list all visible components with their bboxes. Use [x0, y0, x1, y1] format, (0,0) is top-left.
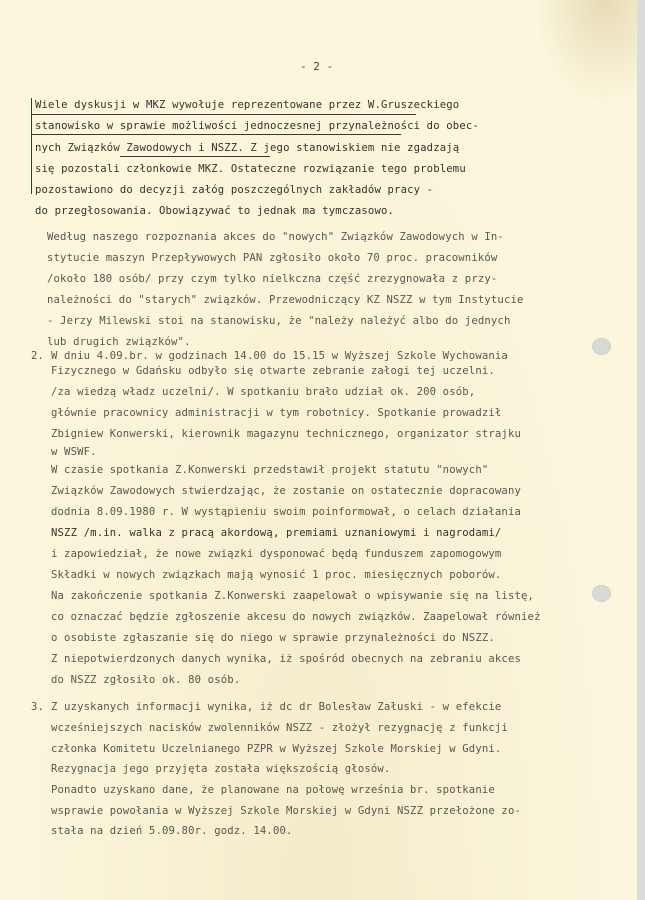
paragraph-line: Związków Zawodowych stwierdzając, że zos…	[51, 486, 521, 497]
paragraph-line: nych Związków Zawodowych i NSZZ. Z jego …	[35, 143, 459, 154]
paragraph-line: Na zakończenie spotkania Z.Konwerski zaa…	[51, 591, 534, 602]
paragraph-line: /za wiedzą władz uczelni/. W spotkaniu b…	[51, 387, 475, 398]
paragraph-line: i zapowiedział, że nowe związki dysponow…	[51, 549, 501, 560]
paragraph-line: w WSWF.	[51, 447, 97, 458]
paragraph-line: głównie pracownicy administracji w tym r…	[51, 408, 501, 419]
paragraph-line: pozostawiono do decyzji załóg poszczegól…	[35, 185, 433, 196]
paragraph-line: NSZZ /m.in. walka z pracą akordową, prem…	[51, 528, 501, 539]
margin-marker-line	[31, 98, 32, 194]
item-number: 2.	[31, 351, 44, 362]
paragraph-line: lub drugich związków".	[47, 337, 191, 348]
paragraph-line: Wiele dyskusji w MKZ wywołuje reprezento…	[35, 100, 459, 111]
paragraph-line: do przegłosowania. Obowiązywać to jednak…	[35, 206, 394, 217]
paragraph-line: stanowisko w sprawie możliwości jednocze…	[35, 121, 479, 132]
paragraph-line: W dniu 4.09.br. w godzinach 14.00 do 15.…	[51, 351, 508, 362]
paragraph-line: należności do "starych" związków. Przewo…	[47, 295, 524, 306]
paragraph-line: do NSZZ zgłosiło ok. 80 osób.	[51, 675, 240, 686]
page-number: - 2 -	[300, 60, 333, 73]
paragraph-line: dodnia 8.09.1980 r. W wystąpieniu swoim …	[51, 507, 521, 518]
paragraph-line: /około 180 osób/ przy czym tylko nielkcz…	[47, 274, 497, 285]
paragraph-line: Z uzyskanych informacji wynika, iż dc dr…	[51, 702, 501, 713]
paragraph-line: członka Komitetu Uczelnianego PZPR w Wyż…	[51, 744, 501, 755]
paragraph-line: się pozostali członkowie MKZ. Ostateczne…	[35, 164, 466, 175]
paragraph-line: Rezygnacja jego przyjęta została większo…	[51, 764, 390, 775]
item-number: 3.	[31, 702, 44, 713]
paragraph-line: Składki w nowych związkach mają wynosić …	[51, 570, 501, 581]
underline	[31, 134, 401, 135]
paragraph-line: Ponadto uzyskano dane, że planowane na p…	[51, 785, 495, 796]
paragraph-line: Fizycznego w Gdańsku odbyło się otwarte …	[51, 366, 495, 377]
paragraph-line: co oznaczać będzie zgłoszenie akcesu do …	[51, 612, 541, 623]
scan-edge	[637, 0, 645, 900]
paragraph-line: o osobiste zgłaszanie się do niego w spr…	[51, 633, 495, 644]
paragraph-line: wcześniejszych nacisków zwolenników NSZZ…	[51, 723, 508, 734]
paragraph-line: wsprawie powołania w Wyższej Szkole Mors…	[51, 806, 521, 817]
paragraph-line: Zbigniew Konwerski, kierownik magazynu t…	[51, 429, 521, 440]
punch-hole	[592, 585, 611, 602]
paragraph-line: Według naszego rozpoznania akces do "now…	[47, 232, 504, 243]
punch-hole	[592, 338, 611, 355]
paragraph-line: - Jerzy Milewski stoi na stanowisku, że …	[47, 316, 511, 327]
paragraph-line: stała na dzień 5.09.80r. godz. 14.00.	[51, 826, 293, 837]
paragraph-line: stytucie maszyn Przepływowych PAN zgłosi…	[47, 253, 497, 264]
document-page: - 2 - Wiele dyskusji w MKZ wywołuje repr…	[0, 0, 637, 900]
underline	[120, 156, 270, 157]
paragraph-line: W czasie spotkania Z.Konwerski przedstaw…	[51, 465, 488, 476]
underline	[31, 114, 416, 115]
paragraph-line: Z niepotwierdzonych danych wynika, iż sp…	[51, 654, 521, 665]
